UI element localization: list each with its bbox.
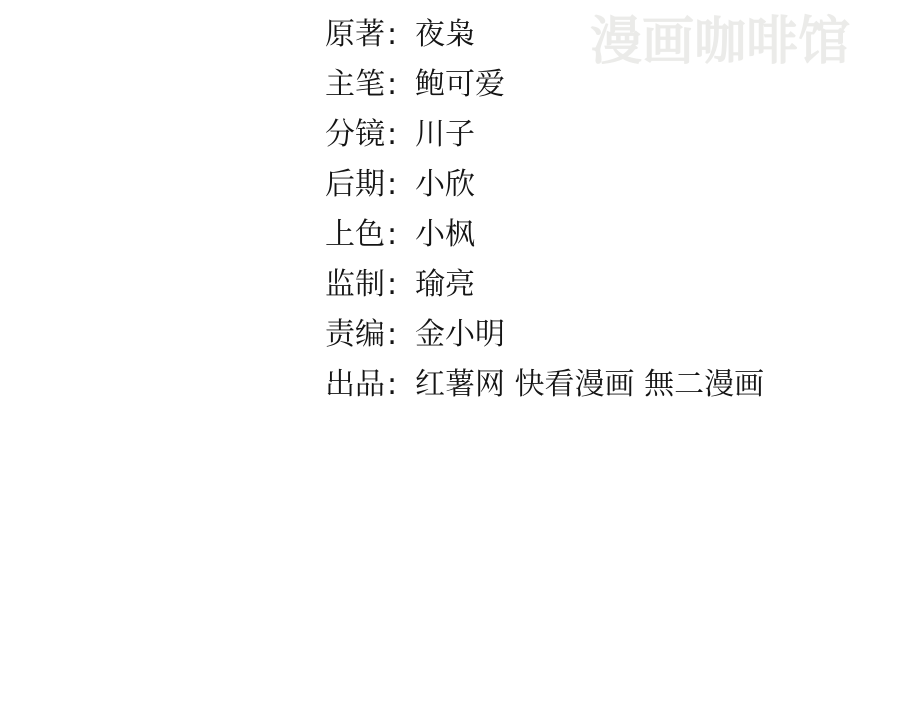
credit-row-supervisor: 监制 : 瑜亮 (325, 260, 764, 310)
credit-row-editor: 责编 : 金小明 (325, 310, 764, 360)
credit-value: 鲍可爱 (415, 70, 505, 100)
credit-separator: : (385, 120, 415, 150)
credit-row-lead-artist: 主笔 : 鲍可爱 (325, 60, 764, 110)
credit-separator: : (385, 170, 415, 200)
credit-label: 原著 (325, 20, 385, 50)
credit-value: 瑜亮 (415, 270, 475, 300)
credit-separator: : (385, 370, 415, 400)
credit-separator: : (385, 320, 415, 350)
credit-label: 主笔 (325, 70, 385, 100)
credit-value: 夜枭 (415, 20, 475, 50)
credit-label: 出品 (325, 370, 385, 400)
credit-row-storyboard: 分镜 : 川子 (325, 110, 764, 160)
credit-value: 金小明 (415, 320, 505, 350)
credit-value: 小欣 (415, 170, 475, 200)
credit-row-post-production: 后期 : 小欣 (325, 160, 764, 210)
credit-row-original-author: 原著 : 夜枭 (325, 10, 764, 60)
credit-separator: : (385, 220, 415, 250)
credit-label: 责编 (325, 320, 385, 350)
credit-separator: : (385, 20, 415, 50)
credit-row-coloring: 上色 : 小枫 (325, 210, 764, 260)
credit-label: 后期 (325, 170, 385, 200)
credit-value: 川子 (415, 120, 475, 150)
credit-separator: : (385, 70, 415, 100)
credit-label: 监制 (325, 270, 385, 300)
credit-label: 上色 (325, 220, 385, 250)
credit-label: 分镜 (325, 120, 385, 150)
credit-value: 红薯网 快看漫画 無二漫画 (415, 370, 764, 400)
credit-row-producer: 出品 : 红薯网 快看漫画 無二漫画 (325, 360, 764, 410)
credits-list: 原著 : 夜枭 主笔 : 鲍可爱 分镜 : 川子 后期 : 小欣 上色 : 小枫… (325, 10, 764, 410)
credit-value: 小枫 (415, 220, 475, 250)
credit-separator: : (385, 270, 415, 300)
